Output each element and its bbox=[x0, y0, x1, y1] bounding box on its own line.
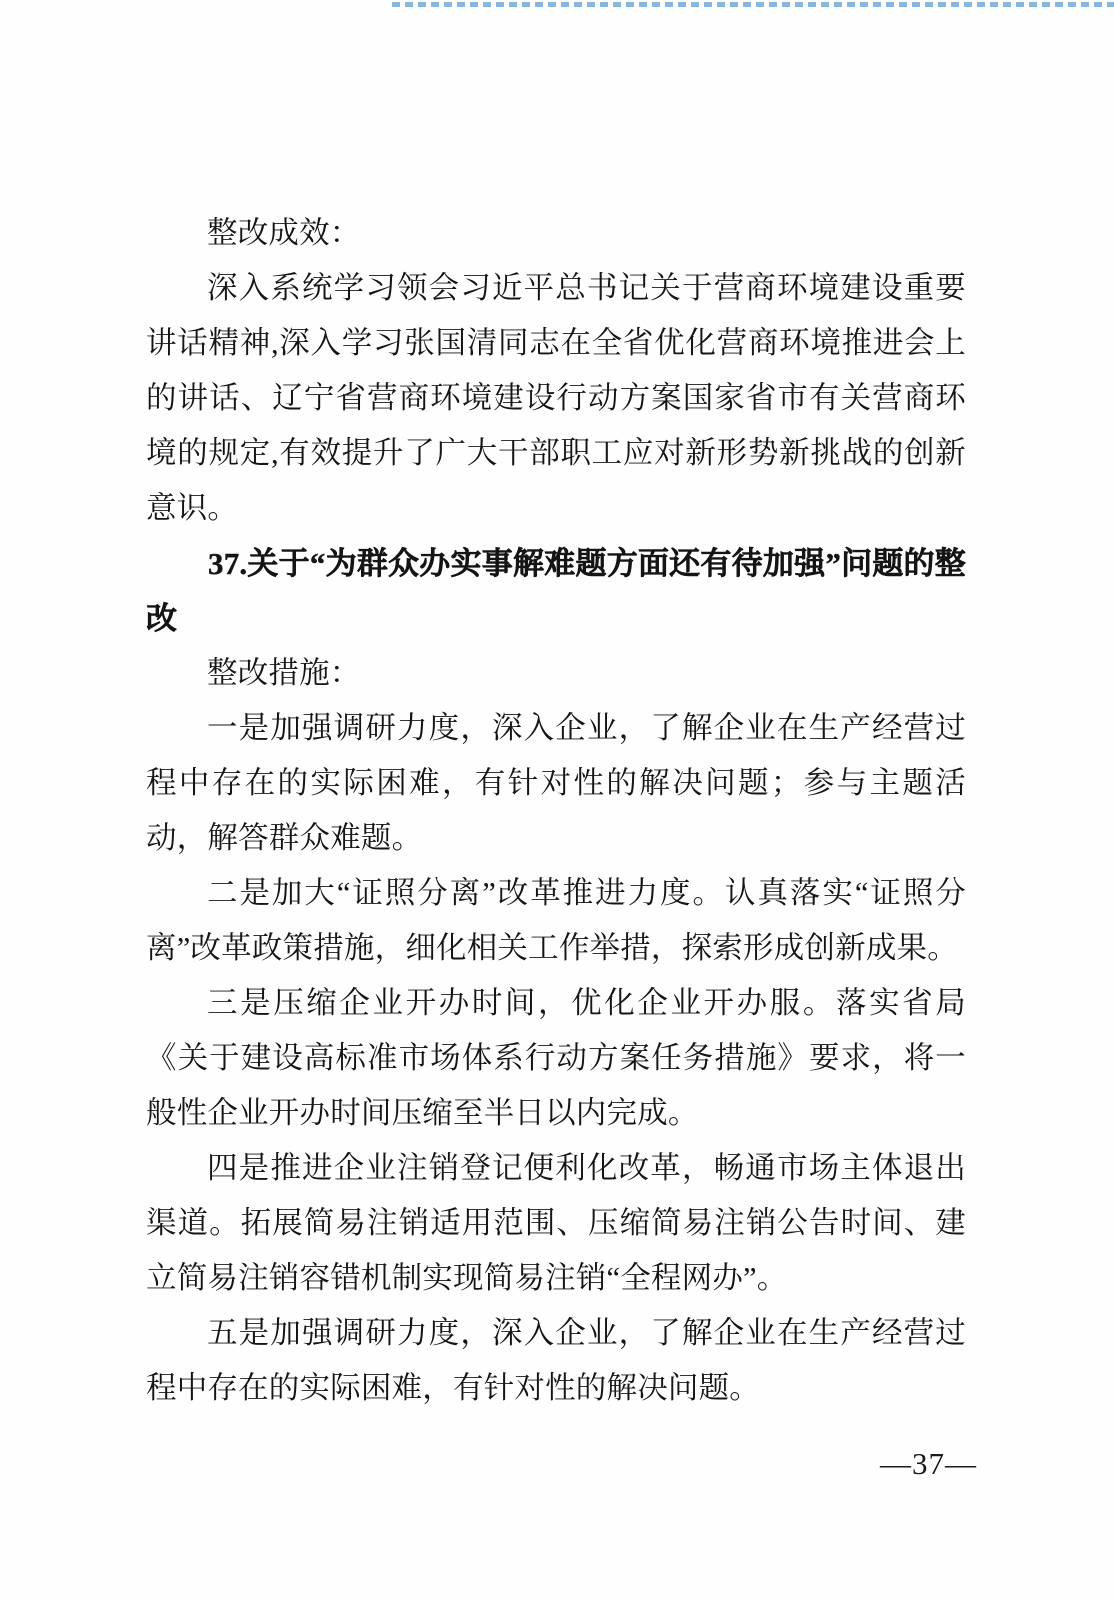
section-heading-item-37: 37.关于“为群众办实事解难题方面还有待加强”问题的整改 bbox=[146, 536, 966, 646]
remediation-measures-label: 整改措施： bbox=[146, 646, 966, 701]
remediation-effect-paragraph: 深入系统学习领会习近平总书记关于营商环境建设重要讲话精神,深入学习张国清同志在全… bbox=[146, 261, 966, 536]
measure-paragraph-3: 三是压缩企业开办时间，优化企业开办服。落实省局《关于建设高标准市场体系行动方案任… bbox=[146, 976, 966, 1141]
measure-paragraph-5: 五是加强调研力度，深入企业，了解企业在生产经营过程中存在的实际困难，有针对性的解… bbox=[146, 1306, 966, 1416]
scan-artifact-line bbox=[392, 2, 1114, 7]
measure-paragraph-1: 一是加强调研力度，深入企业，了解企业在生产经营过程中存在的实际困难，有针对性的解… bbox=[146, 701, 966, 866]
scanned-document-page: 整改成效： 深入系统学习领会习近平总书记关于营商环境建设重要讲话精神,深入学习张… bbox=[0, 0, 1114, 1600]
page-number: —37— bbox=[880, 1447, 977, 1481]
remediation-effect-label: 整改成效： bbox=[146, 206, 966, 261]
measure-paragraph-4: 四是推进企业注销登记便利化改革，畅通市场主体退出渠道。拓展简易注销适用范围、压缩… bbox=[146, 1141, 966, 1306]
measure-paragraph-2: 二是加大“证照分离”改革推进力度。认真落实“证照分离”改革政策措施，细化相关工作… bbox=[146, 866, 966, 976]
document-text-block: 整改成效： 深入系统学习领会习近平总书记关于营商环境建设重要讲话精神,深入学习张… bbox=[146, 206, 966, 1416]
